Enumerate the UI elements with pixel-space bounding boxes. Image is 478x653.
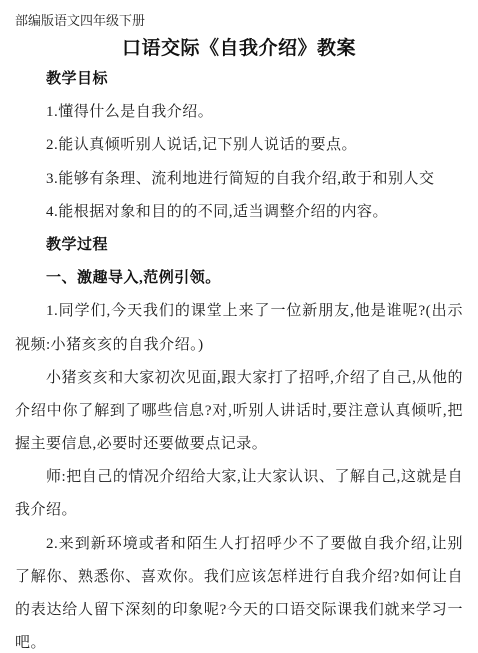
process-heading: 教学过程 <box>15 229 463 262</box>
objectives-heading: 教学目标 <box>15 63 463 96</box>
paragraph-line: 1.同学们,今天我们的课堂上来了一位新朋友,他是谁呢?(出示 <box>15 295 463 328</box>
objective-item-2: 2.能认真倾听别人说话,记下别人说话的要点。 <box>15 129 463 162</box>
paragraph-line: 小猪亥亥和大家初次见面,跟大家打了招呼,介绍了自己,从他的 <box>15 362 463 395</box>
paragraph-line: 介绍中你了解到了哪些信息?对,听别人讲话时,要注意认真倾听,把 <box>15 395 463 428</box>
document-body: 教学目标 1.懂得什么是自我介绍。 2.能认真倾听别人说话,记下别人说话的要点。… <box>15 63 463 653</box>
paragraph-line: 吧。 <box>15 627 463 653</box>
paragraph-line: 2.来到新环境或者和陌生人打招呼少不了要做自我介绍,让别人 <box>15 528 463 561</box>
paragraph-line: 我介绍。 <box>15 494 463 527</box>
objective-item-4: 4.能根据对象和目的的不同,适当调整介绍的内容。 <box>15 196 463 229</box>
objective-item-3: 3.能够有条理、流利地进行简短的自我介绍,敢于和别人交流。 <box>15 163 463 196</box>
paragraph-line: 的表达给人留下深刻的印象呢?今天的口语交际课我们就来学习一下 <box>15 594 463 627</box>
section1-heading: 一、激趣导入,范例引领。 <box>15 262 463 295</box>
paragraph-line: 视频:小猪亥亥的自我介绍。) <box>15 329 463 362</box>
edition-note: 部编版语文四年级下册 <box>15 12 463 30</box>
objective-item-1: 1.懂得什么是自我介绍。 <box>15 96 463 129</box>
document-page: 部编版语文四年级下册 口语交际《自我介绍》教案 教学目标 1.懂得什么是自我介绍… <box>0 0 478 653</box>
paragraph-line: 师:把自己的情况介绍给大家,让大家认识、了解自己,这就是自 <box>15 461 463 494</box>
paragraph-line: 握主要信息,必要时还要做要点记录。 <box>15 428 463 461</box>
paragraph-line: 了解你、熟悉你、喜欢你。我们应该怎样进行自我介绍?如何让自己 <box>15 561 463 594</box>
document-title: 口语交际《自我介绍》教案 <box>15 35 463 63</box>
